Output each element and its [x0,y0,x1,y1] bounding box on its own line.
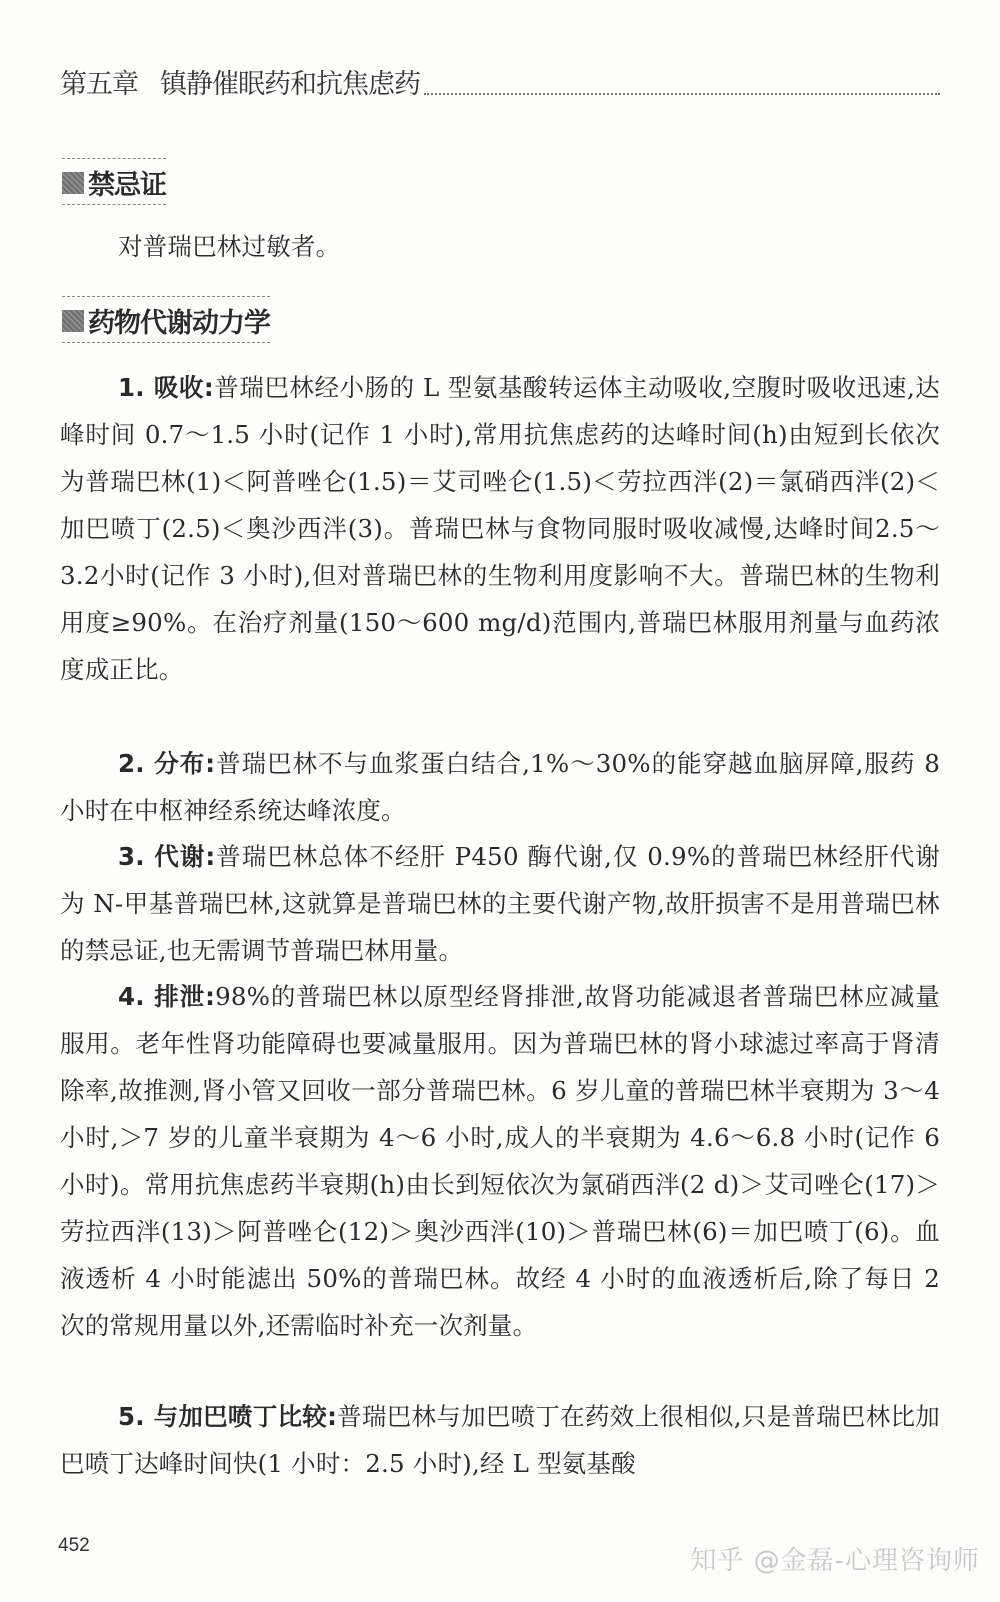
chapter-number: 第五章 [60,69,138,100]
section-marker-icon [62,172,84,194]
paragraph-lead: 4. 排泄: [118,982,215,1011]
page-number: 452 [58,1535,90,1557]
chapter-name: 镇静催眠药和抗焦虑药 [160,69,420,100]
section-title: 药物代谢动力学 [88,301,270,340]
watermark: 知乎 @金磊-心理咨询师 [690,1540,980,1577]
paragraph-absorption: 1. 吸收:普瑞巴林经小肠的 L 型氨基酸转运体主动吸收,空腹时吸收迅速,达峰时… [60,364,940,693]
paragraph-body: 普瑞巴林经小肠的 L 型氨基酸转运体主动吸收,空腹时吸收迅速,达峰时间 0.7～… [60,373,940,684]
section-heading-pharmacokinetics: 药物代谢动力学 [62,296,270,343]
paragraph-body: 98%的普瑞巴林以原型经肾排泄,故肾功能减退者普瑞巴林应减量服用。老年性肾功能障… [60,982,940,1340]
section-marker-icon [62,310,84,332]
paragraph-metabolism: 3. 代谢:普瑞巴林总体不经肝 P450 酶代谢,仅 0.9%的普瑞巴林经肝代谢… [60,833,940,974]
section-heading-contraindications: 禁忌证 [62,158,166,205]
paragraph-distribution: 2. 分布:普瑞巴林不与血浆蛋白结合,1%～30%的能穿越血脑屏障,服药 8 小… [60,740,940,834]
section-title: 禁忌证 [88,163,166,202]
paragraph-lead: 2. 分布: [118,749,215,778]
running-head: 第五章镇静催眠药和抗焦虑药 [60,62,940,101]
paragraph-lead: 5. 与加巴喷丁比较: [118,1402,337,1431]
dotted-rule [424,93,940,95]
paragraph-lead: 3. 代谢: [118,842,215,871]
paragraph-contraindications: 对普瑞巴林过敏者。 [60,223,940,270]
chapter-title: 第五章镇静催眠药和抗焦虑药 [60,62,420,101]
paragraph-excretion: 4. 排泄:98%的普瑞巴林以原型经肾排泄,故肾功能减退者普瑞巴林应减量服用。老… [60,973,940,1349]
paragraph-comparison-gabapentin: 5. 与加巴喷丁比较:普瑞巴林与加巴喷丁在药效上很相似,只是普瑞巴林比加巴喷丁达… [60,1393,940,1487]
paragraph-lead: 1. 吸收: [118,373,214,402]
